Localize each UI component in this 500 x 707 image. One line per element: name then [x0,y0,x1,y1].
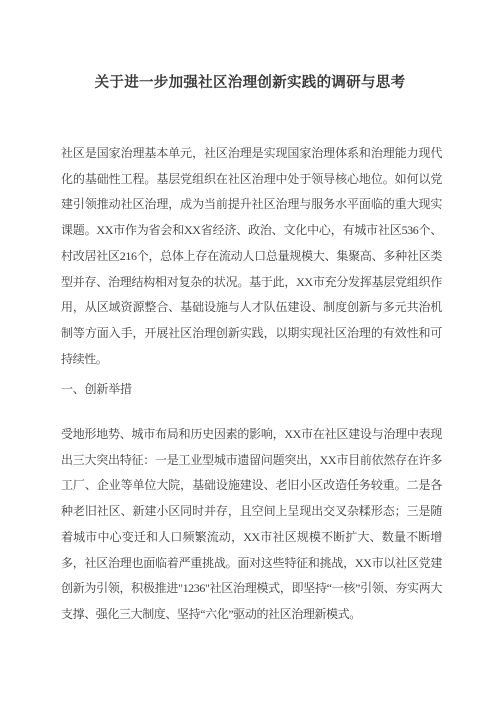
paragraph-introduction: 社区是国家治理基本单元，社区治理是实现国家治理体系和治理能力现代化的基础性工程。… [61,141,442,372]
paragraph-section-one-body: 受地形地势、城市布局和历史因素的影响，XX市在社区建设与治理中表现出三大突出特征… [61,422,442,628]
document-title: 关于进一步加强社区治理创新实践的调研与思考 [0,72,500,94]
section-heading-innovation-measures: 一、创新举措 [61,377,442,403]
document-page: 关于进一步加强社区治理创新实践的调研与思考 社区是国家治理基本单元，社区治理是实… [0,0,500,707]
